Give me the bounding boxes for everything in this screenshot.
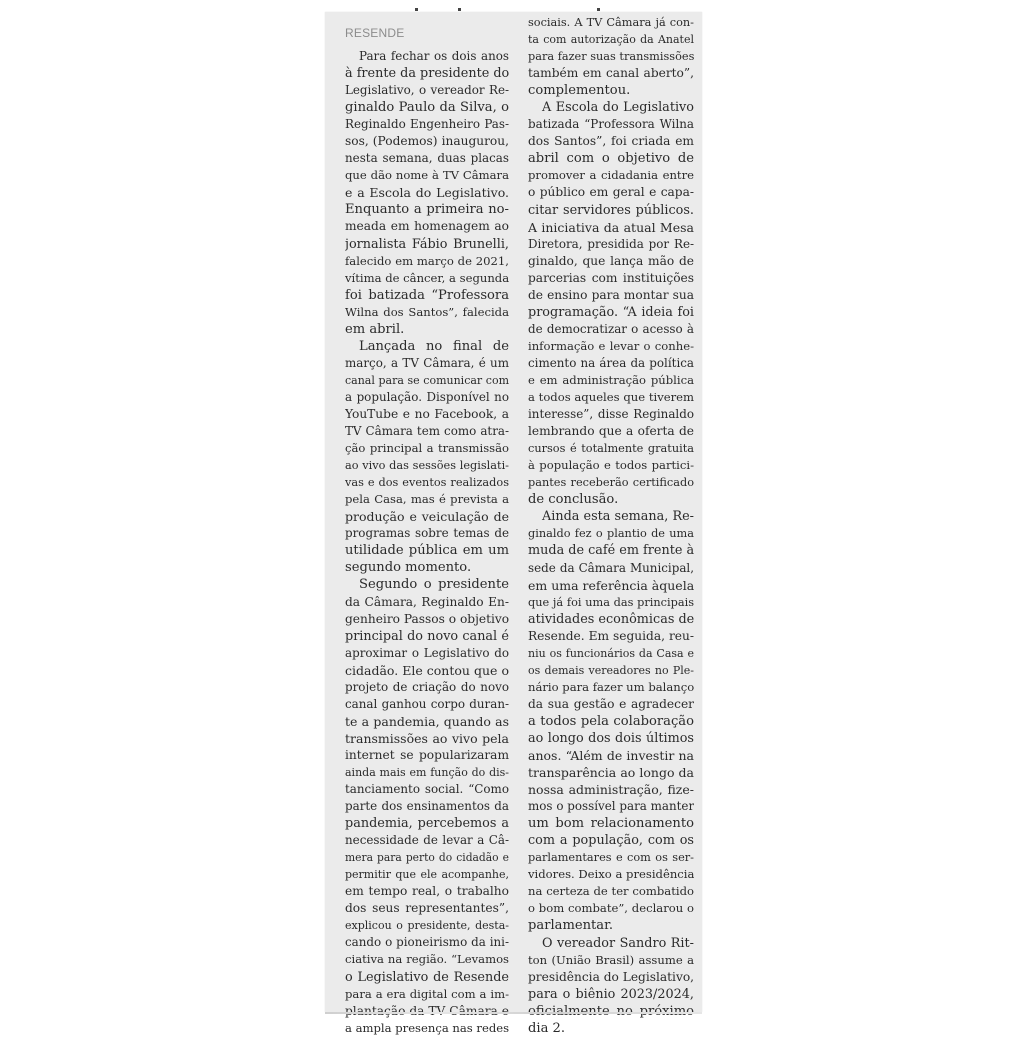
print-mark: [597, 8, 600, 11]
text-line: sede da Câmara Municipal,: [528, 560, 694, 577]
text-line: Para fechar os dois anos: [345, 48, 509, 65]
text-line: programas sobre temas de: [345, 525, 509, 542]
text-line: projeto de criação do novo: [345, 679, 509, 696]
text-line: vítima de câncer, a segunda: [345, 270, 509, 287]
text-line: parte dos ensinamentos da: [345, 798, 509, 815]
text-line: explicou o presidente, desta-: [345, 917, 509, 934]
text-line: utilidade pública em um: [345, 542, 509, 559]
text-line: de democratizar o acesso à: [528, 321, 694, 338]
column-lines: Para fechar os dois anosà frente da pres…: [345, 48, 509, 1024]
text-line: A Escola do Legislativo: [528, 99, 694, 116]
text-line: YouTube e no Facebook, a: [345, 406, 509, 423]
text-line: vas e dos eventos realizados: [345, 474, 509, 491]
text-line: TV Câmara tem como atra-: [345, 423, 509, 440]
text-line: ginaldo Paulo da Silva, o: [345, 99, 509, 116]
text-line: muda de café em frente à: [528, 542, 694, 559]
text-line: Lançada no final de: [345, 338, 509, 355]
text-line: ao vivo das sessões legislati-: [345, 457, 509, 474]
text-line: dos seus representantes”,: [345, 900, 509, 917]
text-line: que dão nome à TV Câmara: [345, 167, 509, 184]
text-line: parcerias com instituições: [528, 270, 694, 287]
text-line: ginaldo fez o plantio de uma: [528, 525, 694, 542]
text-line: ção principal a transmissão: [345, 440, 509, 457]
text-line: de conclusão.: [528, 491, 694, 508]
text-line: ginaldo, que lança mão de: [528, 253, 694, 270]
text-line: cimento na área da política: [528, 355, 694, 372]
text-line: niu os funcionários da Casa e: [528, 645, 694, 662]
text-line: produção e veiculação de: [345, 508, 509, 525]
text-line: O vereador Sandro Rit-: [528, 935, 694, 952]
text-line: da sua gestão e agradecer: [528, 696, 694, 713]
print-mark: [415, 8, 418, 11]
text-line: a todos aqueles que tiverem: [528, 389, 694, 406]
text-line: atividades econômicas de: [528, 611, 694, 628]
text-line: a ampla presença nas redes: [345, 1020, 509, 1024]
text-line: Enquanto a primeira no-: [345, 201, 509, 218]
text-line: canal para se comunicar com: [345, 372, 509, 389]
text-line: e a Escola do Legislativo.: [345, 184, 509, 201]
text-line: te a pandemia, quando as: [345, 713, 509, 730]
text-line: citar servidores públicos.: [528, 202, 694, 219]
text-line: ao longo dos dois últimos: [528, 730, 694, 747]
text-line: ta com autorização da Anatel: [528, 31, 694, 48]
text-line: Resende. Em seguida, reu-: [528, 628, 694, 645]
text-line: vidores. Deixo a presidência: [528, 866, 694, 883]
text-line: à população e todos partici-: [528, 457, 694, 474]
text-line: presidência do Legislativo,: [528, 969, 694, 986]
text-line: sociais. A TV Câmara já con-: [528, 14, 694, 31]
text-line: também em canal aberto”,: [528, 65, 694, 82]
text-line: e em administração pública: [528, 372, 694, 389]
text-line: cidadão. Ele contou que o: [345, 662, 509, 679]
text-line: um bom relacionamento: [528, 815, 694, 832]
text-line: a todos pela colaboração: [528, 713, 694, 730]
text-line: abril com o objetivo de: [528, 150, 694, 167]
text-line: pandemia, percebemos a: [345, 815, 509, 832]
text-line: o bom combate”, declarou o: [528, 900, 694, 917]
text-line: Legislativo, o vereador Re-: [345, 82, 509, 99]
text-line: necessidade de levar a Câ-: [345, 832, 509, 849]
text-line: meada em homenagem ao: [345, 218, 509, 235]
text-line: complementou.: [528, 82, 694, 99]
text-line: promover a cidadania entre: [528, 167, 694, 184]
article-column-right: sociais. A TV Câmara já con-ta com autor…: [528, 14, 694, 1024]
column-lines: sociais. A TV Câmara já con-ta com autor…: [528, 14, 694, 1024]
text-line: ton (União Brasil) assume a: [528, 952, 694, 969]
section-label: RESENDE: [345, 25, 509, 42]
text-line: da Câmara, Reginaldo En-: [345, 594, 509, 611]
text-line: com a população, com os: [528, 832, 694, 849]
text-line: transmissões ao vivo pela: [345, 730, 509, 747]
text-line: mera para perto do cidadão e: [345, 849, 509, 866]
text-line: A iniciativa da atual Mesa: [528, 219, 694, 236]
text-line: em uma referência àquela: [528, 577, 694, 594]
text-line: principal do novo canal é: [345, 628, 509, 645]
text-line: na certeza de ter combatido: [528, 883, 694, 900]
text-line: tanciamento social. “Como: [345, 781, 509, 798]
text-line: parlamentares e com os ser-: [528, 849, 694, 866]
article-column-left: RESENDE Para fechar os dois anosà frente…: [345, 25, 509, 1024]
text-line: em tempo real, o trabalho: [345, 883, 509, 900]
text-line: em abril.: [345, 321, 509, 338]
text-line: programação. “A ideia foi: [528, 304, 694, 321]
text-line: sos, (Podemos) inaugurou,: [345, 133, 509, 150]
text-line: para a era digital com a im-: [345, 986, 509, 1003]
text-line: para o biênio 2023/2024,: [528, 986, 694, 1003]
clipping-bottom-edge: [325, 1012, 702, 1014]
text-line: Reginaldo Engenheiro Pas-: [345, 116, 509, 133]
text-line: o Legislativo de Resende: [345, 969, 509, 986]
text-line: jornalista Fábio Brunelli,: [345, 236, 509, 253]
text-line: canal ganhou corpo duran-: [345, 696, 509, 713]
text-line: genheiro Passos o objetivo: [345, 611, 509, 628]
newspaper-clipping: RESENDE Para fechar os dois anosà frente…: [325, 12, 702, 1012]
text-line: Wilna dos Santos”, falecida: [345, 304, 509, 321]
text-line: ainda mais em função do dis-: [345, 764, 509, 781]
text-line: Segundo o presidente: [345, 576, 509, 593]
text-line: parlamentar.: [528, 917, 694, 934]
text-line: a população. Disponível no: [345, 389, 509, 406]
text-line: batizada “Professora Wilna: [528, 116, 694, 133]
text-line: março, a TV Câmara, é um: [345, 355, 509, 372]
text-line: falecido em março de 2021,: [345, 253, 509, 270]
text-line: interesse”, disse Reginaldo: [528, 406, 694, 423]
text-line: nário para fazer um balanço: [528, 679, 694, 696]
text-line: foi batizada “Professora: [345, 287, 509, 304]
text-line: dia 2.: [528, 1020, 694, 1024]
text-line: Diretora, presidida por Re-: [528, 236, 694, 253]
text-line: informação e levar o conhe-: [528, 338, 694, 355]
text-line: para fazer suas transmissões: [528, 48, 694, 65]
text-line: pela Casa, mas é prevista a: [345, 491, 509, 508]
text-line: permitir que ele acompanhe,: [345, 866, 509, 883]
text-line: internet se popularizaram: [345, 747, 509, 764]
text-line: nossa administração, fize-: [528, 781, 694, 798]
text-line: aproximar o Legislativo do: [345, 645, 509, 662]
text-line: Ainda esta semana, Re-: [528, 508, 694, 525]
text-line: que já foi uma das principais: [528, 594, 694, 611]
text-line: nesta semana, duas placas: [345, 150, 509, 167]
text-line: à frente da presidente do: [345, 65, 509, 82]
text-line: lembrando que a oferta de: [528, 423, 694, 440]
text-line: pantes receberão certificado: [528, 474, 694, 491]
text-line: dos Santos”, foi criada em: [528, 133, 694, 150]
text-line: ciativa na região. “Levamos: [345, 951, 509, 968]
print-mark: [458, 8, 461, 11]
text-line: os demais vereadores no Ple-: [528, 662, 694, 679]
text-line: cursos é totalmente gratuita: [528, 440, 694, 457]
text-line: anos. “Além de investir na: [528, 747, 694, 764]
text-line: segundo momento.: [345, 559, 509, 576]
text-line: o público em geral e capa-: [528, 184, 694, 201]
text-line: cando o pioneirismo da ini-: [345, 934, 509, 951]
text-line: transparência ao longo da: [528, 764, 694, 781]
text-line: mos o possível para manter: [528, 798, 694, 815]
text-line: de ensino para montar sua: [528, 287, 694, 304]
